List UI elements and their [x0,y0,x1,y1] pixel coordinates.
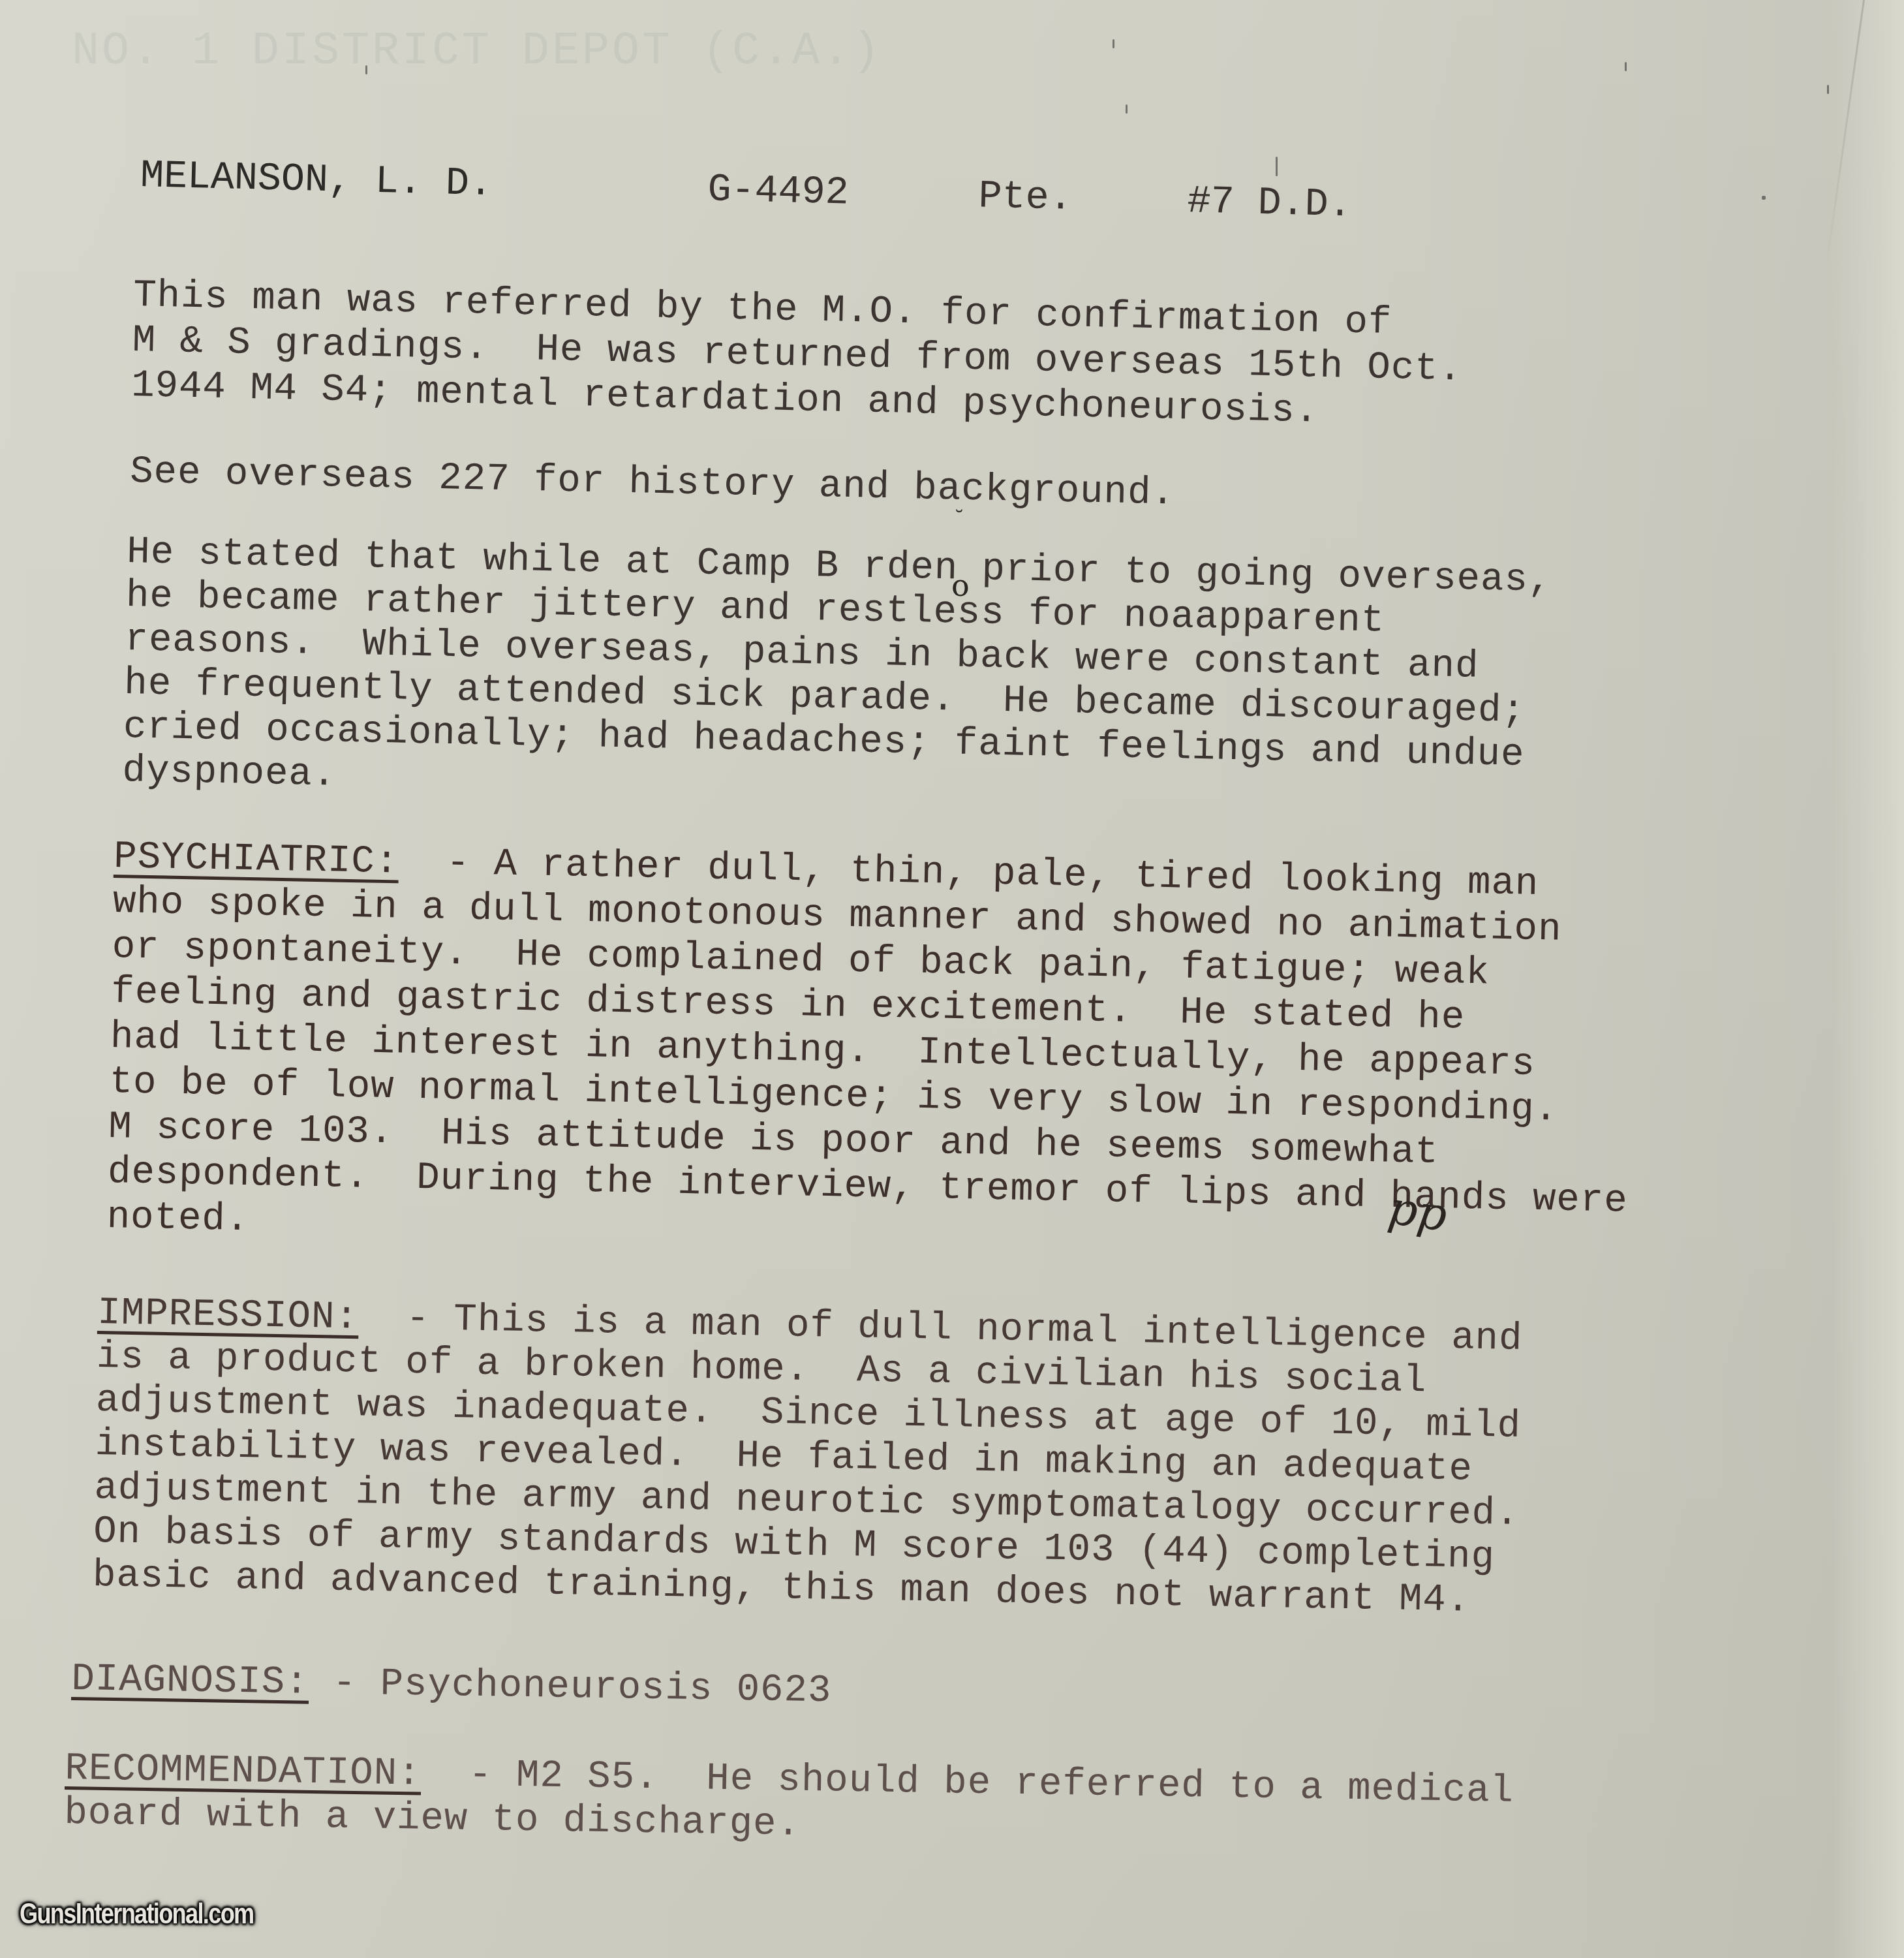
diagnosis-label: DIAGNOSIS: [71,1657,309,1705]
site-watermark: GunsInternational.com [20,1898,253,1931]
handwritten-o-insert: o [951,568,970,603]
recommendation-label: RECOMMENDATION: [65,1747,422,1796]
ink-speck [1113,39,1114,48]
rank: Pte. [978,174,1188,224]
ink-speck [1762,196,1766,200]
ink-speck [1625,62,1627,71]
ink-speck [1126,104,1128,114]
history-paragraph: He stated that while at Camp B rden prio… [122,530,1552,821]
handwritten-pp-correction: pp [1385,1181,1451,1242]
impression-label: IMPRESSION: [97,1291,360,1339]
ink-speck [365,65,367,74]
diagnosis-text: - Psychoneurosis 0623 [309,1661,832,1713]
district-depot: #7 D.D. [1187,179,1353,228]
psychiatric-label: PSYCHIATRIC: [114,835,399,884]
impression-section: IMPRESSION: - This is a man of dull norm… [92,1291,1523,1623]
service-number: G-4492 [707,168,979,219]
show-through-text: NO. 1 DISTRICT DEPOT (C.A.) [72,26,882,78]
ink-speck [1827,85,1829,94]
paper-edge [1832,0,1904,1958]
handwritten-caret-mark: ˘ [954,506,964,531]
history-line: dyspnoea. [122,749,337,797]
ink-speck [1276,157,1278,176]
psychiatric-line: noted. [106,1195,250,1241]
